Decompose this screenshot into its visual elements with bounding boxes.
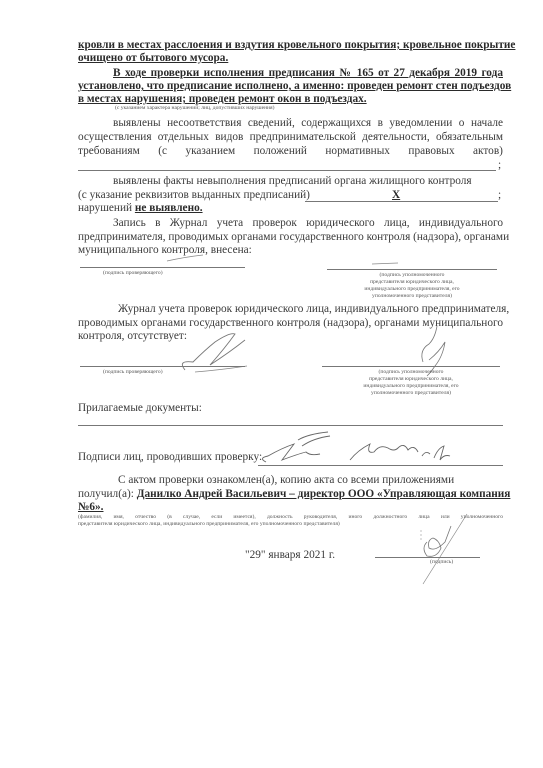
word: указанием [185, 145, 235, 158]
inspector-signature-caption-2: (подпись проверяющего) [103, 369, 163, 376]
word: (с [158, 145, 167, 158]
inspection-text-line-1: В ходе проверки исполнения предписания №… [113, 67, 503, 80]
journal-absent-line-1: Журнал учета проверок юридического лица,… [118, 303, 503, 316]
recipient-signature-caption: (подпись) [430, 559, 453, 566]
facts-semicolon: ; [498, 189, 501, 202]
recipient-signature-line [375, 557, 480, 558]
violations-label: нарушений не выявлено. [78, 202, 203, 215]
caption-line: индивидуального предпринимателя, его [322, 383, 500, 390]
caption-line: (подпись уполномоченного [327, 272, 497, 279]
caption-line: (подпись уполномоченного [322, 369, 500, 376]
mismatch-text-line-3: требованиям (с указанием положений норма… [78, 145, 503, 158]
journal-entry-line-2: предпринимателя, проводимых органами гос… [78, 231, 503, 244]
caption-line: представителя юридического лица, [327, 279, 497, 286]
word: актов) [473, 145, 503, 158]
mismatch-semicolon: ; [498, 159, 501, 172]
facts-value: Х [392, 189, 400, 202]
inspector-signature-line-2 [80, 366, 245, 367]
caption-line: индивидуального предпринимателя, его [327, 286, 497, 293]
recipient-name-cont: №6». [78, 501, 103, 514]
facts-fill-line [305, 201, 498, 202]
violations-value: не выявлено. [135, 202, 203, 214]
inspector-signature-line-1 [80, 267, 245, 268]
attached-documents-label: Прилагаемые документы: [78, 402, 202, 415]
document-date: "29" января 2021 г. [245, 549, 335, 562]
word: положений [254, 145, 307, 158]
violations-caption: (с указанием характера нарушений; лиц, д… [115, 105, 275, 112]
recipient-name: Данилко Андрей Васильевич – директор ООО… [137, 488, 511, 500]
inspector-signature-scribble-2 [175, 330, 255, 385]
caption-line: уполномоченного представителя) [327, 293, 497, 300]
inspector-signature-caption-1: (подпись проверяющего) [103, 270, 163, 277]
word: нормативных [325, 145, 390, 158]
facts-label: (с указание реквизитов выданных предписа… [78, 189, 310, 202]
inspectors-signatures-label: Подписи лиц, проводивших проверку: [78, 451, 262, 464]
attached-documents-line [78, 425, 503, 426]
word: требованиям [78, 145, 140, 158]
journal-absent-line-3: контроля, отсутствует: [78, 330, 187, 343]
roof-text-line-1: кровли в местах расслоения и вздутия кро… [78, 39, 503, 52]
acquainted-line-2: получил(а): Данилко Андрей Васильевич – … [78, 488, 510, 501]
caption-line: уполномоченного представителя) [322, 390, 500, 397]
received-label: получил(а): [78, 488, 134, 500]
roof-text-line-2: очищено от бытового мусора. [78, 52, 228, 65]
representative-signature-caption-1: (подпись уполномоченного представителя ю… [327, 272, 497, 300]
document-page: кровли в местах расслоения и вздутия кро… [0, 0, 543, 768]
violations-label-text: нарушений [78, 202, 132, 214]
acquainted-line-1: С актом проверки ознакомлен(а), копию ак… [118, 474, 454, 487]
representative-signature-caption-2: (подпись уполномоченного представителя ю… [322, 369, 500, 397]
caption-line: представителя юридического лица, [322, 376, 500, 383]
facts-text-line-1: выявлены факты невыполнения предписаний … [113, 175, 472, 188]
mismatch-fill-line [78, 170, 496, 171]
inspectors-signature-scribble [258, 430, 458, 475]
mismatch-text-line-2: осуществления отдельных видов предприним… [78, 131, 503, 144]
recipient-signature-scribble [415, 512, 475, 592]
representative-signature-line-1 [327, 269, 497, 270]
word: правовых [408, 145, 454, 158]
representative-signature-line-2 [322, 366, 500, 367]
inspectors-signature-line [258, 465, 503, 466]
inspection-text-line-2: установлено, что предписание исполнено, … [78, 80, 503, 93]
journal-entry-line-1: Запись в Журнал учета проверок юридическ… [113, 217, 503, 230]
recipient-caption-line-2: представителя юридического лица, индивид… [78, 521, 340, 528]
mismatch-text-line-1: выявлены несоответствия сведений, содерж… [113, 117, 503, 130]
signature-mark-1-left [165, 250, 205, 268]
